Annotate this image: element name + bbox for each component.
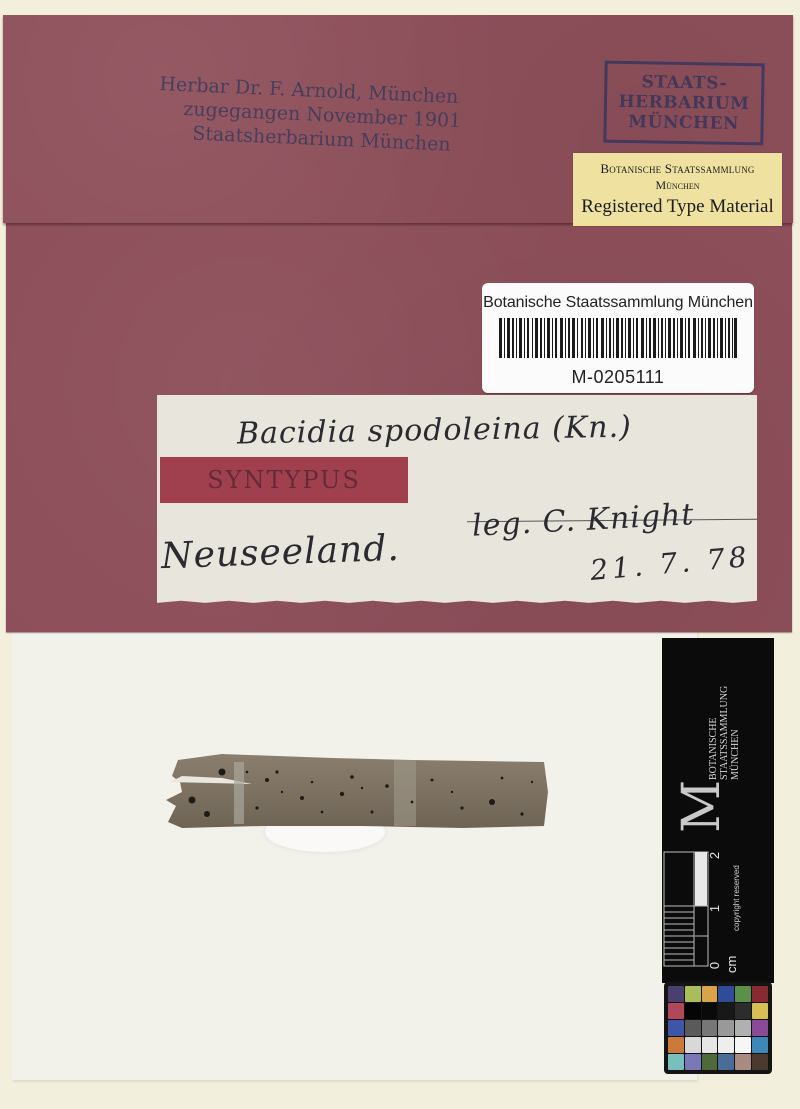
color-patch xyxy=(668,1037,684,1053)
scale-bar-strip: M BOTANISCHE STAATSSAMMLUNG MÜNCHEN 0 1 … xyxy=(662,638,774,983)
collector: leg. C. Knight xyxy=(471,497,695,544)
envelope-body: Botanische Staatssammlung München xyxy=(6,220,792,632)
color-patch xyxy=(735,1037,751,1053)
color-patch xyxy=(685,1054,701,1070)
color-patch xyxy=(702,1003,718,1019)
color-patch xyxy=(702,1054,718,1070)
arnold-ink-stamp: Herbar Dr. F. Arnold, München zugegangen… xyxy=(157,72,500,159)
color-patch xyxy=(668,1003,684,1019)
locality: Neuseeland. xyxy=(160,528,400,577)
staatsherbarium-box-stamp: STAATS- HERBARIUM MÜNCHEN xyxy=(603,61,764,146)
logo-line: MÜNCHEN xyxy=(730,686,741,780)
color-patch xyxy=(735,1020,751,1036)
color-patch xyxy=(735,1054,751,1070)
color-patch xyxy=(668,986,684,1002)
color-patch xyxy=(718,1037,734,1053)
unit-label: cm xyxy=(724,956,739,973)
cm-ruler-icon xyxy=(662,850,712,968)
color-patch xyxy=(685,986,701,1002)
color-calibration-chart xyxy=(664,982,772,1074)
box-stamp-line: STAATS- xyxy=(607,72,761,95)
color-patch xyxy=(718,986,734,1002)
copyright-text: copyright reserved xyxy=(732,865,741,931)
accession-number: M-0205111 xyxy=(482,367,754,388)
tick-label-1: 1 xyxy=(707,905,722,912)
color-patch xyxy=(752,986,768,1002)
color-patch xyxy=(752,1020,768,1036)
type-status-text: SYNTYPUS xyxy=(207,466,361,494)
logo-line: STAATSSAMMLUNG xyxy=(719,686,730,780)
color-patch xyxy=(752,1037,768,1053)
type-label-status: Registered Type Material xyxy=(573,196,782,218)
color-patch xyxy=(702,1037,718,1053)
type-label-org: Botanische Staatssammlung xyxy=(573,161,782,177)
color-patch xyxy=(735,1003,751,1019)
color-patch xyxy=(702,1020,718,1036)
color-patch xyxy=(702,986,718,1002)
type-label-city: München xyxy=(573,178,782,193)
tick-label-2: 2 xyxy=(707,852,722,859)
color-patch xyxy=(752,1003,768,1019)
color-patch xyxy=(685,1020,701,1036)
color-patch xyxy=(668,1020,684,1036)
type-status-band: SYNTYPUS xyxy=(160,457,408,503)
registered-type-label: Botanische Staatssammlung München Regist… xyxy=(573,153,782,226)
color-patch xyxy=(668,1054,684,1070)
bsm-logo-text: BOTANISCHE STAATSSAMMLUNG MÜNCHEN xyxy=(708,686,741,780)
color-patch xyxy=(718,1020,734,1036)
barcode-label: Botanische Staatssammlung München xyxy=(482,283,754,393)
box-stamp-line: MÜNCHEN xyxy=(606,112,760,135)
taxon-name: Bacidia spodoleina (Kn.) xyxy=(237,410,632,452)
color-patch xyxy=(735,986,751,1002)
collection-date: 21. 7. 78 xyxy=(589,540,752,587)
color-patch xyxy=(718,1054,734,1070)
color-patch xyxy=(685,1037,701,1053)
color-patch xyxy=(752,1054,768,1070)
tick-label-0: 0 xyxy=(707,962,722,969)
box-stamp-line: HERBARIUM xyxy=(607,92,761,115)
color-patch xyxy=(718,1003,734,1019)
color-patch xyxy=(685,1003,701,1019)
bsm-logo-icon: M xyxy=(672,780,732,833)
barcode-institution: Botanische Staatssammlung München xyxy=(482,294,754,312)
bark-specimen-icon xyxy=(162,752,550,830)
logo-line: BOTANISCHE xyxy=(708,686,719,780)
barcode-icon xyxy=(499,318,737,358)
